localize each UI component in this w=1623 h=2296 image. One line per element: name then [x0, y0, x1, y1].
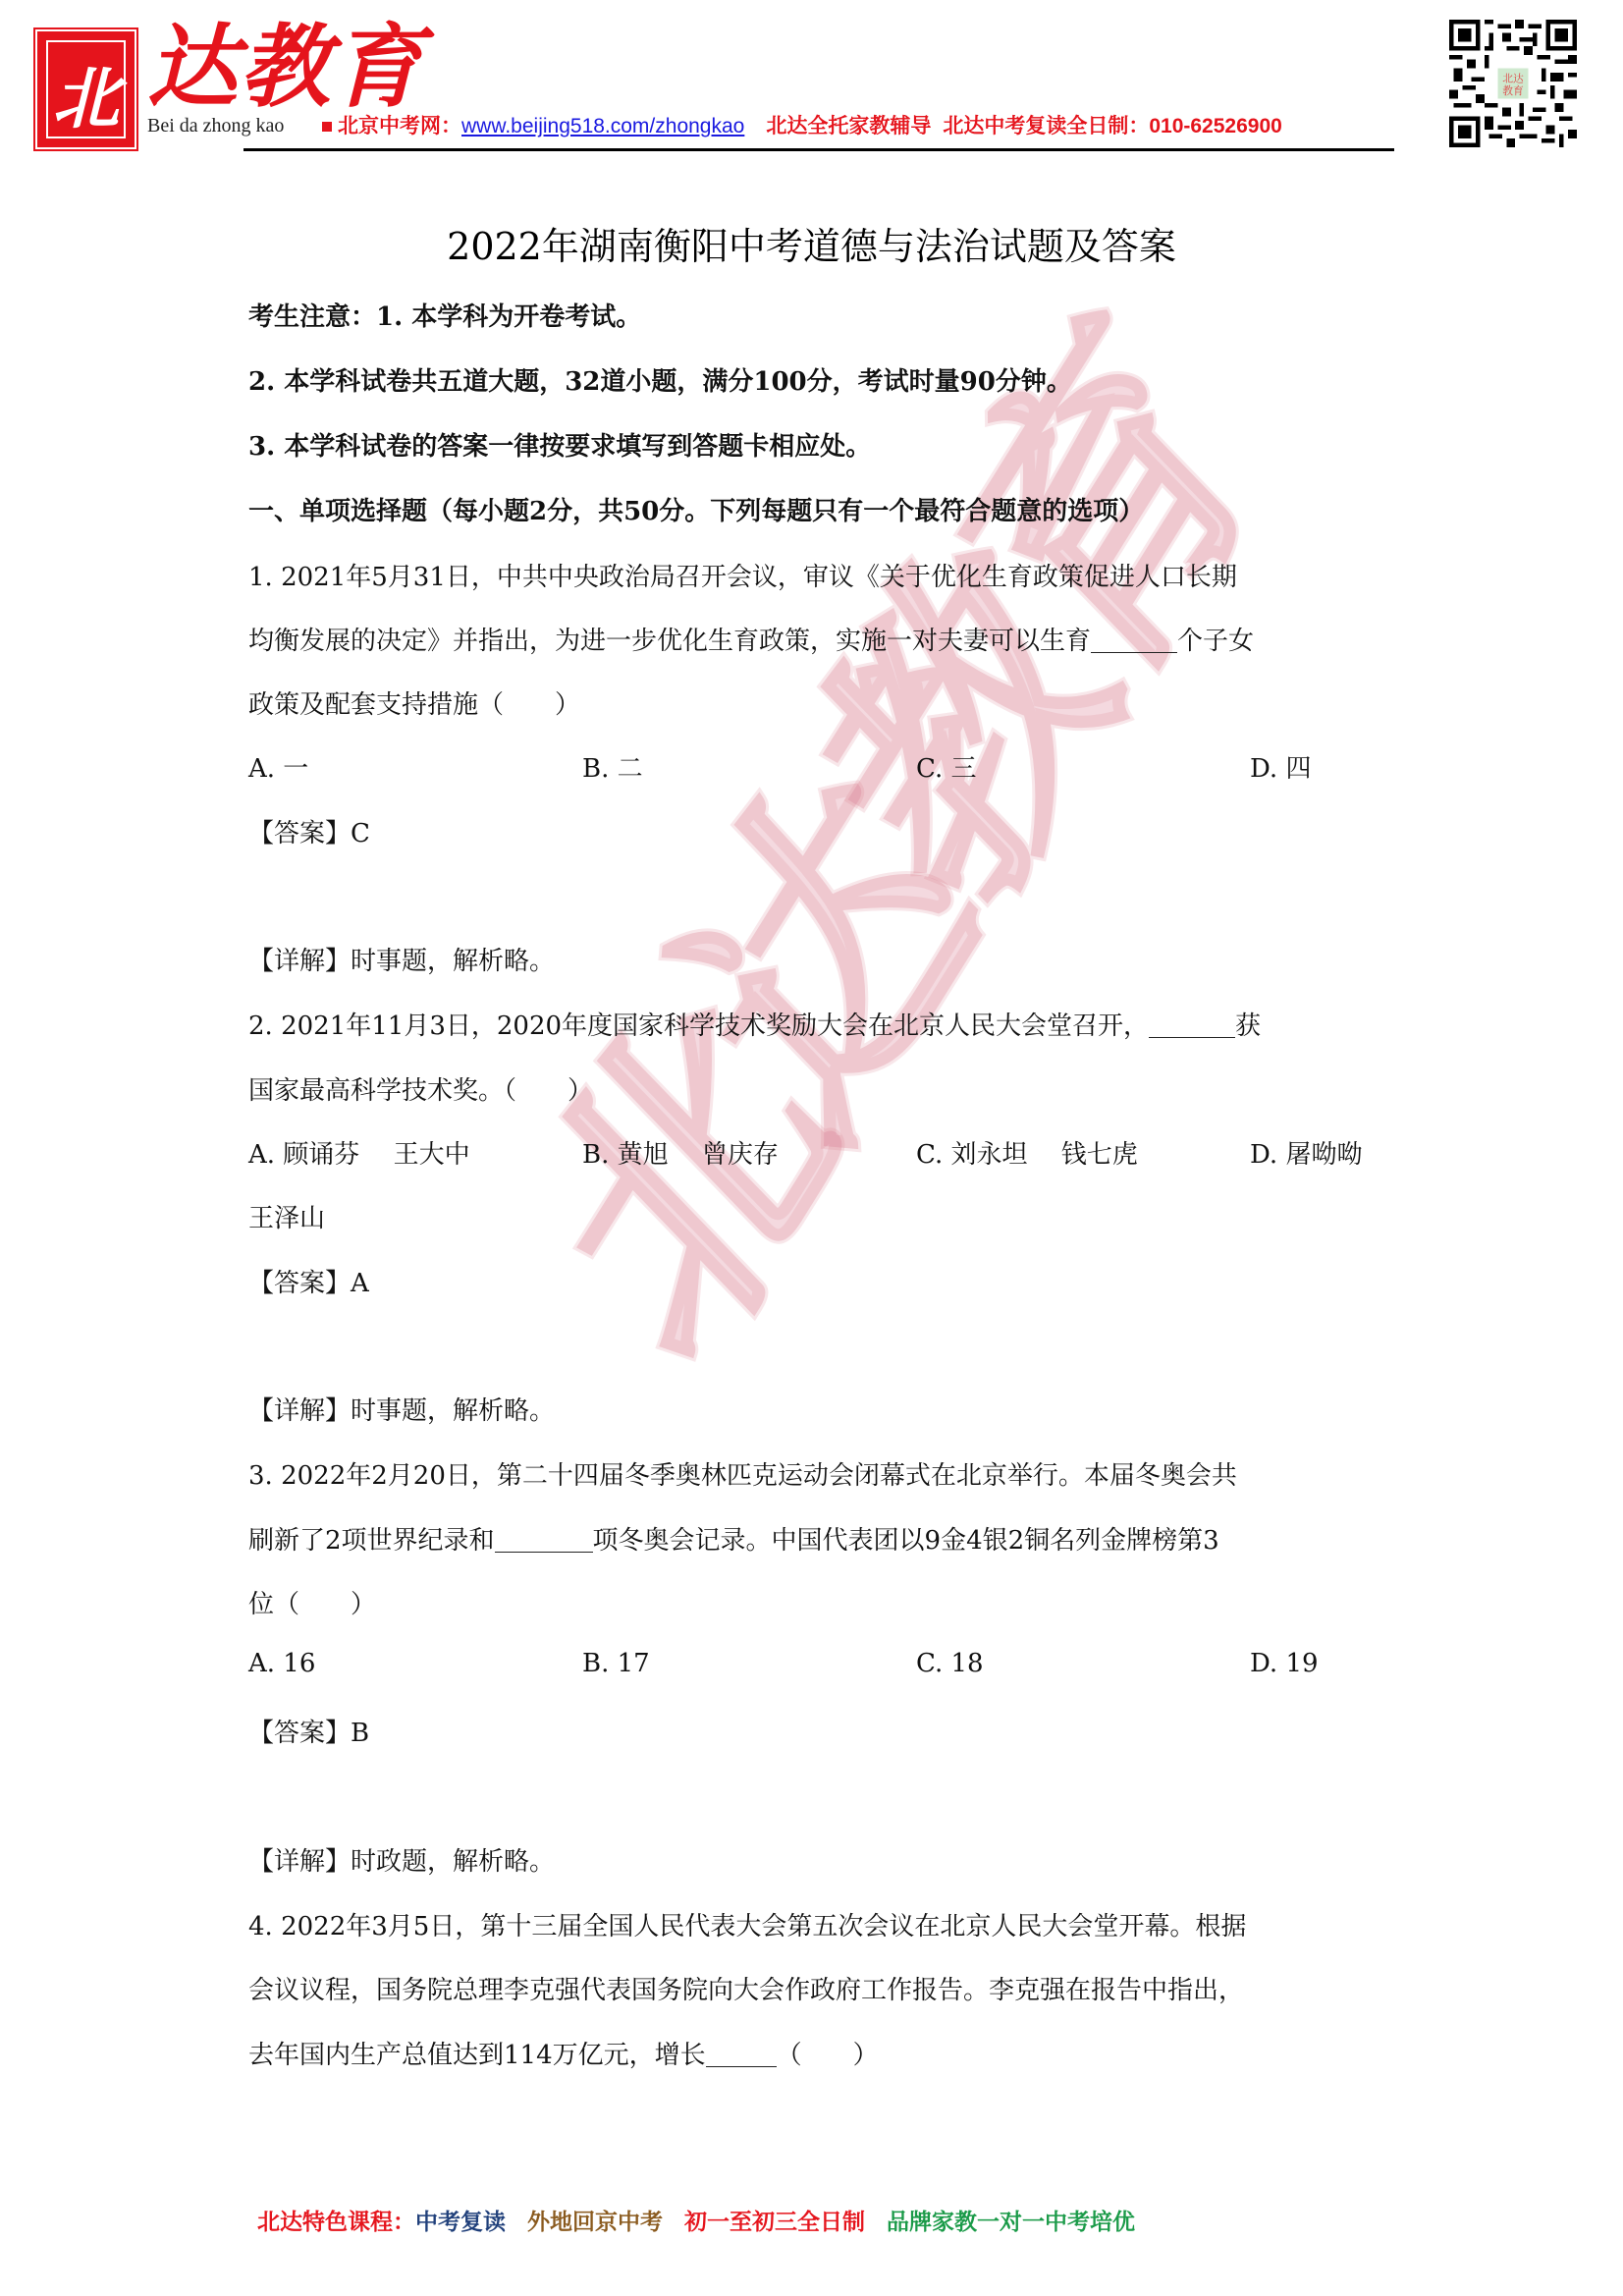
svg-text:教育: 教育 [1502, 84, 1524, 97]
brand-subtitle: Bei da zhong kao [147, 115, 284, 137]
question-3-option-b: B. 17 [582, 1649, 650, 1678]
question-2-line-2: 国家最高科学技术奖。（ ） [248, 1070, 593, 1107]
header-divider [243, 148, 1394, 151]
site-link[interactable]: www.beijing518.com/zhongkao [461, 115, 744, 137]
question-3-line-1: 3. 2022年2月20日，第二十四届冬季奥林匹克运动会闭幕式在北京举行。本届冬… [248, 1455, 1237, 1492]
site-label: 北京中考网： [338, 115, 461, 137]
question-1-line-2: 均衡发展的决定》并指出，为进一步优化生育政策，实施一对夫妻可以生育个子女 [248, 621, 1254, 657]
question-1-option-b: B. 二 [582, 748, 643, 785]
section-heading: 一、单项选择题（每小题2分，共50分。下列每题只有一个最符合题意的选项） [248, 491, 1144, 527]
question-3-answer: 【答案】B [248, 1713, 369, 1749]
question-2-option-wrap: 王泽山 [248, 1198, 325, 1234]
question-1-line-3: 政策及配套支持措施（ ） [248, 684, 580, 721]
fill-blank [706, 2041, 777, 2067]
question-2-line-1: 2. 2021年11月3日，2020年度国家科学技术奖励大会在北京人民大会堂召开… [248, 1006, 1261, 1042]
question-1-answer: 【答案】C [248, 813, 370, 849]
footer-course-3: 初一至初三全日制 [684, 2209, 865, 2234]
question-2-answer: 【答案】A [248, 1263, 369, 1299]
question-1-option-c: C. 三 [916, 748, 977, 785]
footer-label: 北达特色课程： [257, 2209, 415, 2234]
question-1-line-1: 1. 2021年5月31日，中共中央政治局召开会议，审议《关于优化生育政策促进人… [248, 557, 1237, 593]
logo-glyph: 北 [40, 46, 132, 141]
fill-blank [1149, 1011, 1235, 1038]
question-4-line-3: 去年国内生产总值达到114万亿元，增长（ ） [248, 2035, 879, 2071]
header-contact-line: 北京中考网：www.beijing518.com/zhongkao北达全托家教辅… [322, 110, 1282, 139]
svg-text:北达: 北达 [1502, 73, 1524, 85]
question-2-option-c: C. 刘永坦 钱七虎 [916, 1134, 1138, 1171]
question-3-option-d: D. 19 [1250, 1649, 1319, 1678]
footer-course-1: 中考复读 [415, 2209, 506, 2234]
qr-code-icon[interactable]: 北达 教育 [1449, 20, 1577, 147]
promo-tutoring: 北达全托家教辅导 [766, 115, 931, 137]
question-3-explanation: 【详解】时政题，解析略。 [248, 1841, 555, 1878]
question-4-line-1: 4. 2022年3月5日，第十三届全国人民代表大会第五次会议在北京人民大会堂开幕… [248, 1906, 1246, 1942]
footer-course-4: 品牌家教一对一中考培优 [887, 2209, 1135, 2234]
footer-courses: 北达特色课程：中考复读外地回京中考初一至初三全日制品牌家教一对一中考培优 [257, 2204, 1157, 2236]
brand-logo-text: 达教育 [147, 22, 424, 112]
notice-2: 2. 本学科试卷共五道大题，32道小题，满分100分，考试时量90分钟。 [248, 361, 1072, 398]
bullet-square-icon [322, 122, 332, 132]
fill-blank [495, 1526, 593, 1553]
question-2-explanation: 【详解】时事题，解析略。 [248, 1391, 555, 1427]
document-title: 2022年湖南衡阳中考道德与法治试题及答案 [0, 216, 1623, 270]
question-1-explanation: 【详解】时事题，解析略。 [248, 941, 555, 977]
question-2-option-d: D. 屠呦呦 [1250, 1134, 1362, 1171]
notice-3: 3. 本学科试卷的答案一律按要求填写到答题卡相应处。 [248, 426, 871, 463]
question-1-option-d: D. 四 [1250, 748, 1311, 785]
brand-logo-seal: 北 [37, 31, 135, 147]
notice-1: 考生注意：1. 本学科为开卷考试。 [248, 297, 641, 333]
question-2-option-b: B. 黄旭 曾庆存 [582, 1134, 779, 1171]
question-3-line-2: 刷新了2项世界纪录和项冬奥会记录。中国代表团以9金4银2铜名列金牌榜第3 [248, 1520, 1219, 1557]
question-4-line-2: 会议议程，国务院总理李克强代表国务院向大会作政府工作报告。李克强在报告中指出， [248, 1970, 1244, 2006]
question-1-option-a: A. 一 [248, 748, 308, 785]
question-3-line-3: 位（ ） [248, 1584, 376, 1620]
question-3-option-a: A. 16 [248, 1649, 315, 1678]
question-3-option-c: C. 18 [916, 1649, 984, 1678]
footer-course-2: 外地回京中考 [527, 2209, 663, 2234]
question-2-option-a: A. 顾诵芬 王大中 [248, 1134, 470, 1171]
fill-blank [1091, 627, 1177, 653]
promo-phone: 北达中考复读全日制：010-62526900 [943, 115, 1281, 137]
